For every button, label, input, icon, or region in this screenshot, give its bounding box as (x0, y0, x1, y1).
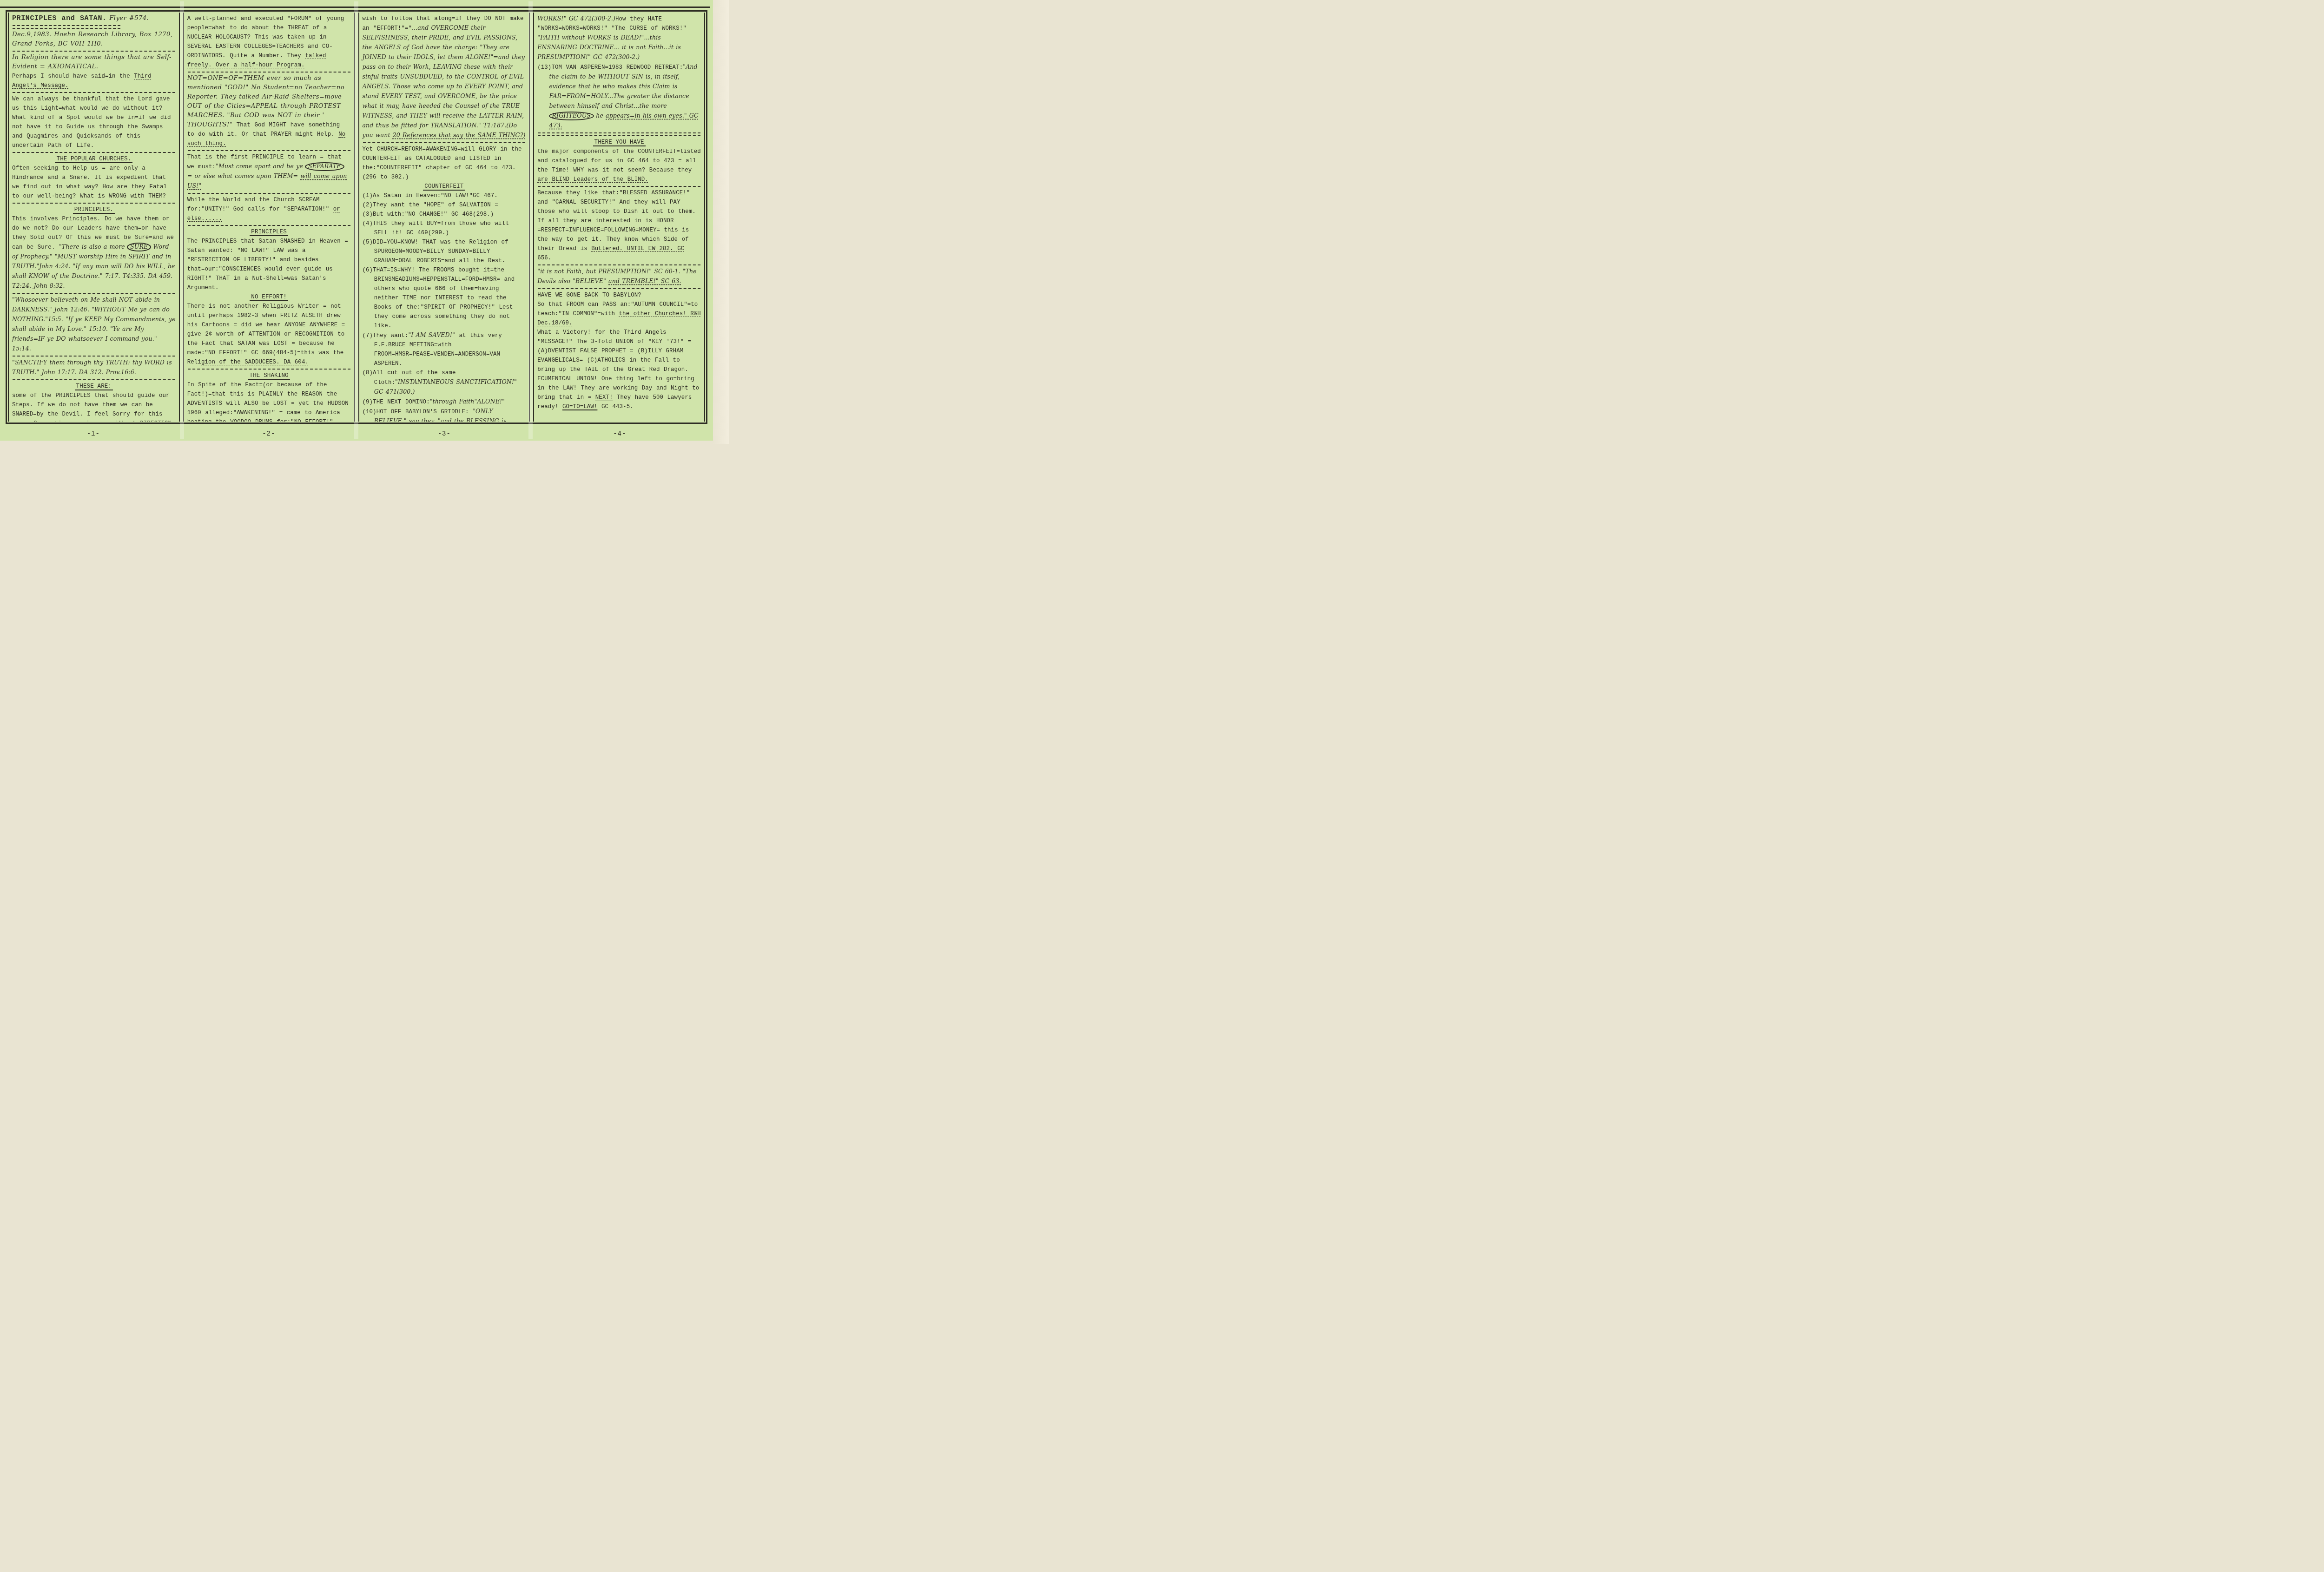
text-run: GC 443-5. (597, 403, 633, 410)
dashed-rule (188, 150, 350, 151)
text-run: some of the PRINCIPLES that should guide… (12, 392, 175, 422)
circled-word: RIGHTEOUS (549, 112, 594, 120)
dashed-rule (13, 379, 175, 380)
text-run: "There is also a more (59, 243, 127, 250)
text-run: The PRINCIPLES that Satan SMASHED in Hea… (187, 238, 348, 291)
column-layout: PRINCIPLES and SATAN. Flyer #574.Dec.9,1… (8, 13, 705, 422)
list-item: (9)THE NEXT DOMINO:"through Faith"ALONE!… (363, 397, 526, 407)
paragraph: In Spite of the Fact=(or because of the … (187, 380, 351, 422)
paragraph: Because they like that:"BLESSED ASSURANC… (537, 188, 701, 263)
paragraph: "it is not Faith, but PRESUMPTION!" SC 6… (537, 267, 701, 286)
dashed-rule (13, 152, 175, 153)
paragraph: That is the first PRINCIPLE to learn = t… (187, 152, 351, 191)
paragraph: There is not another Religious Writer = … (187, 302, 351, 367)
paragraph: some of the PRINCIPLES that should guide… (12, 391, 176, 422)
column-4: WORKS!" GC 472(300-2.)How they HATE "WOR… (533, 13, 705, 422)
text-run: They want: (373, 332, 408, 339)
text-run: WORKS!" GC 472(300-2.) (537, 15, 615, 22)
text-run: Perhaps I should have said=in the (12, 73, 134, 79)
paragraph: WORKS!" GC 472(300-2.)How they HATE "WOR… (537, 14, 701, 62)
text-run: PRINCIPLES and SATAN. (12, 14, 107, 22)
text-run: They want the "HOPE" of SALVATION = (373, 202, 498, 208)
dashed-rule (13, 293, 175, 294)
page-number-4: -4- (532, 430, 708, 438)
text-run: There is not another Religious Writer = … (187, 303, 345, 365)
column-1: PRINCIPLES and SATAN. Flyer #574.Dec.9,1… (8, 13, 180, 422)
paragraph: "Whosoever believeth on Me shall NOT abi… (12, 295, 176, 354)
list-item: (2)They want the "HOPE" of SALVATION = (363, 200, 526, 210)
paragraph: Yet CHURCH=REFORM=AWAKENING=will GLORY i… (363, 145, 526, 182)
text-run: Often seeking to Help us = are only a Hi… (12, 165, 167, 199)
list-item: (5)DID=YOU=KNOW! THAT was the Religion o… (363, 238, 526, 265)
text-run: and TREMBLE!" SC 63. (608, 277, 681, 284)
text-run: NEXT! (595, 394, 613, 401)
section-heading: PRINCIPLES (187, 227, 351, 237)
text-run: "INSTANTANEOUS SANCTIFICATION!" GC 471(3… (374, 378, 517, 395)
text-run: HOT OFF BABYLON'S GRIDDLE: (376, 409, 473, 415)
text-run: GO=TO=LAW! (562, 403, 597, 410)
column-2: A well-planned and executed "FORUM" of y… (183, 13, 355, 422)
paragraph: While the World and the Church SCREAM fo… (187, 195, 351, 223)
paragraph: NOT=ONE=OF=THEM ever so much as mentione… (187, 74, 351, 148)
text-run: "SANCTIFY them through thy TRUTH: thy WO… (12, 359, 172, 376)
text-run: Yet CHURCH=REFORM=AWAKENING=will GLORY i… (363, 146, 522, 180)
text-run: 20 References that say the SAME THING?) (393, 132, 526, 139)
circled-word: SURE (127, 243, 151, 251)
dashed-rule (13, 356, 175, 357)
text-run: NOT=ONE=OF=THEM ever so much as mentione… (187, 75, 344, 128)
text-run: gion of the SADDUCEES. DA 604. (201, 359, 309, 365)
paragraph: PRINCIPLES and SATAN. Flyer #574. (12, 14, 176, 23)
paragraph: HAVE WE GONE BACK TO BABYLON? (537, 291, 701, 300)
text-run: DID=YOU=KNOW! THAT was the Religion of S… (373, 239, 508, 264)
text-run: What a Victory! for the Third Angels "ME… (537, 329, 699, 401)
text-run: We can always be thankful that the Lord … (12, 96, 171, 149)
text-run: "Whosoever believeth on Me shall NOT abi… (12, 296, 176, 352)
section-heading: THE POPULAR CHURCHES. (12, 154, 176, 164)
dashed-rule (13, 92, 175, 93)
page-number-3: -3- (357, 430, 532, 438)
paragraph: Often seeking to Help us = are only a Hi… (12, 164, 176, 201)
paragraph: The PRINCIPLES that Satan SMASHED in Hea… (187, 237, 351, 292)
text-run: "Must come apart and be ye (216, 163, 305, 170)
text-run: ...and OVERCOME their SELFISHNESS, their… (363, 24, 525, 139)
dashed-rule (13, 51, 175, 52)
dashed-rule (188, 225, 350, 226)
text-run: HAVE WE GONE BACK TO BABYLON? (537, 292, 641, 298)
text-run: Dec.9,1983. Hoehn Research Library, Box … (12, 31, 172, 47)
text-run: In Religion there are some things that a… (12, 54, 172, 70)
paragraph: In Religion there are some things that a… (12, 53, 176, 72)
section-heading: NO EFFORT! (187, 292, 351, 302)
text-run: Because they like that:"BLESSED ASSURANC… (537, 190, 696, 252)
flyer-page: PRINCIPLES and SATAN. Flyer #574.Dec.9,1… (0, 0, 713, 441)
dashed-rule (538, 132, 700, 136)
text-run: While the World and the Church SCREAM fo… (187, 197, 333, 212)
text-run: In Spite of the Fact=(or because of the … (187, 382, 349, 422)
dashed-rule (538, 186, 700, 187)
paragraph: This involves Principles. Do we have the… (12, 214, 176, 291)
text-run: THE NEXT DOMINO: (373, 399, 430, 405)
list-item: (8)All cut out of the same Cloth:"INSTAN… (363, 368, 526, 397)
dashed-rule (538, 288, 700, 289)
section-heading: PRINCIPLES. (12, 205, 176, 214)
paragraph: "SANCTIFY them through thy TRUTH: thy WO… (12, 358, 176, 377)
column-3: wish to follow that along=if they DO NOT… (358, 13, 530, 422)
list-item: (13)TOM VAN ASPEREN=1983 REDWOOD RETREAT… (537, 62, 701, 131)
section-heading: THE SHAKING (187, 371, 351, 380)
paragraph: A well-planned and executed "FORUM" of y… (187, 14, 351, 70)
text-run: As Satan in Heaven:"NO LAW!"GC 467. (373, 192, 498, 199)
text-run: But with:"NO CHANGE!" GC 468(298.) (373, 211, 494, 218)
dashed-rule (188, 72, 350, 73)
text-run: THAT=IS=WHY! The FROOMS bought it=the BR… (373, 267, 515, 329)
paragraph: Dec.9,1983. Hoehn Research Library, Box … (12, 30, 176, 49)
list-item: (1)As Satan in Heaven:"NO LAW!"GC 467. (363, 191, 526, 200)
section-heading: COUNTERFEIT (363, 182, 526, 191)
paragraph: the major components of the COUNTERFEIT=… (537, 147, 701, 184)
section-heading: THERE YOU HAVE (537, 138, 701, 147)
page-number-1: -1- (6, 430, 181, 438)
text-run: "I AM SAVED!" (408, 331, 455, 338)
dashed-rule (13, 25, 120, 29)
scanned-flyer: { "document": { "kind": "typewritten mim… (0, 0, 729, 444)
dashed-rule (538, 264, 700, 265)
paragraph: wish to follow that along=if they DO NOT… (363, 14, 526, 140)
section-heading: THESE ARE: (12, 382, 176, 391)
dashed-rule (188, 369, 350, 370)
page-frame: PRINCIPLES and SATAN. Flyer #574.Dec.9,1… (6, 10, 707, 424)
text-run: = or else what comes upon THEM= (187, 172, 301, 179)
circled-word: SEPARATE (305, 162, 344, 171)
page-number-2: -2- (181, 430, 357, 438)
paragraph: Perhaps I should have said=in the Third … (12, 72, 176, 90)
list-item: (10)HOT OFF BABYLON'S GRIDDLE: "ONLY BEL… (363, 407, 526, 422)
page-number-row: -1- -2- -3- -4- (6, 430, 707, 438)
text-run: he (594, 112, 606, 119)
paragraph: What a Victory! for the Third Angels "ME… (537, 328, 701, 411)
list-item: (3)But with:"NO CHANGE!" GC 468(298.) (363, 210, 526, 219)
list-item: (6)THAT=IS=WHY! The FROOMS bought it=the… (363, 265, 526, 330)
dashed-rule (188, 193, 350, 194)
top-rule (0, 7, 710, 8)
dashed-rule (363, 142, 526, 143)
text-run: "through Faith"ALONE!" (430, 398, 505, 405)
paragraph: We can always be thankful that the Lord … (12, 94, 176, 150)
text-run: are BLIND Leaders of the BLIND. (537, 176, 648, 183)
list-item: (4)THIS they will BUY=from those who wil… (363, 219, 526, 238)
text-run: Flyer #574. (107, 15, 149, 22)
text-run: the major components of the COUNTERFEIT=… (537, 148, 701, 173)
dashed-rule (13, 203, 175, 204)
list-item: (7)They want:"I AM SAVED!" at this very … (363, 330, 526, 368)
paragraph: So that FROOM can PASS an:"AUTUMN COUNCI… (537, 300, 701, 328)
text-run: TOM VAN ASPEREN=1983 REDWOOD RETREAT: (551, 64, 683, 71)
paper-edge (713, 0, 729, 444)
text-run: "FAITH without WORKS is DEAD!"...this EN… (537, 34, 681, 60)
text-run: THIS they will BUY=from those who will S… (373, 220, 508, 236)
